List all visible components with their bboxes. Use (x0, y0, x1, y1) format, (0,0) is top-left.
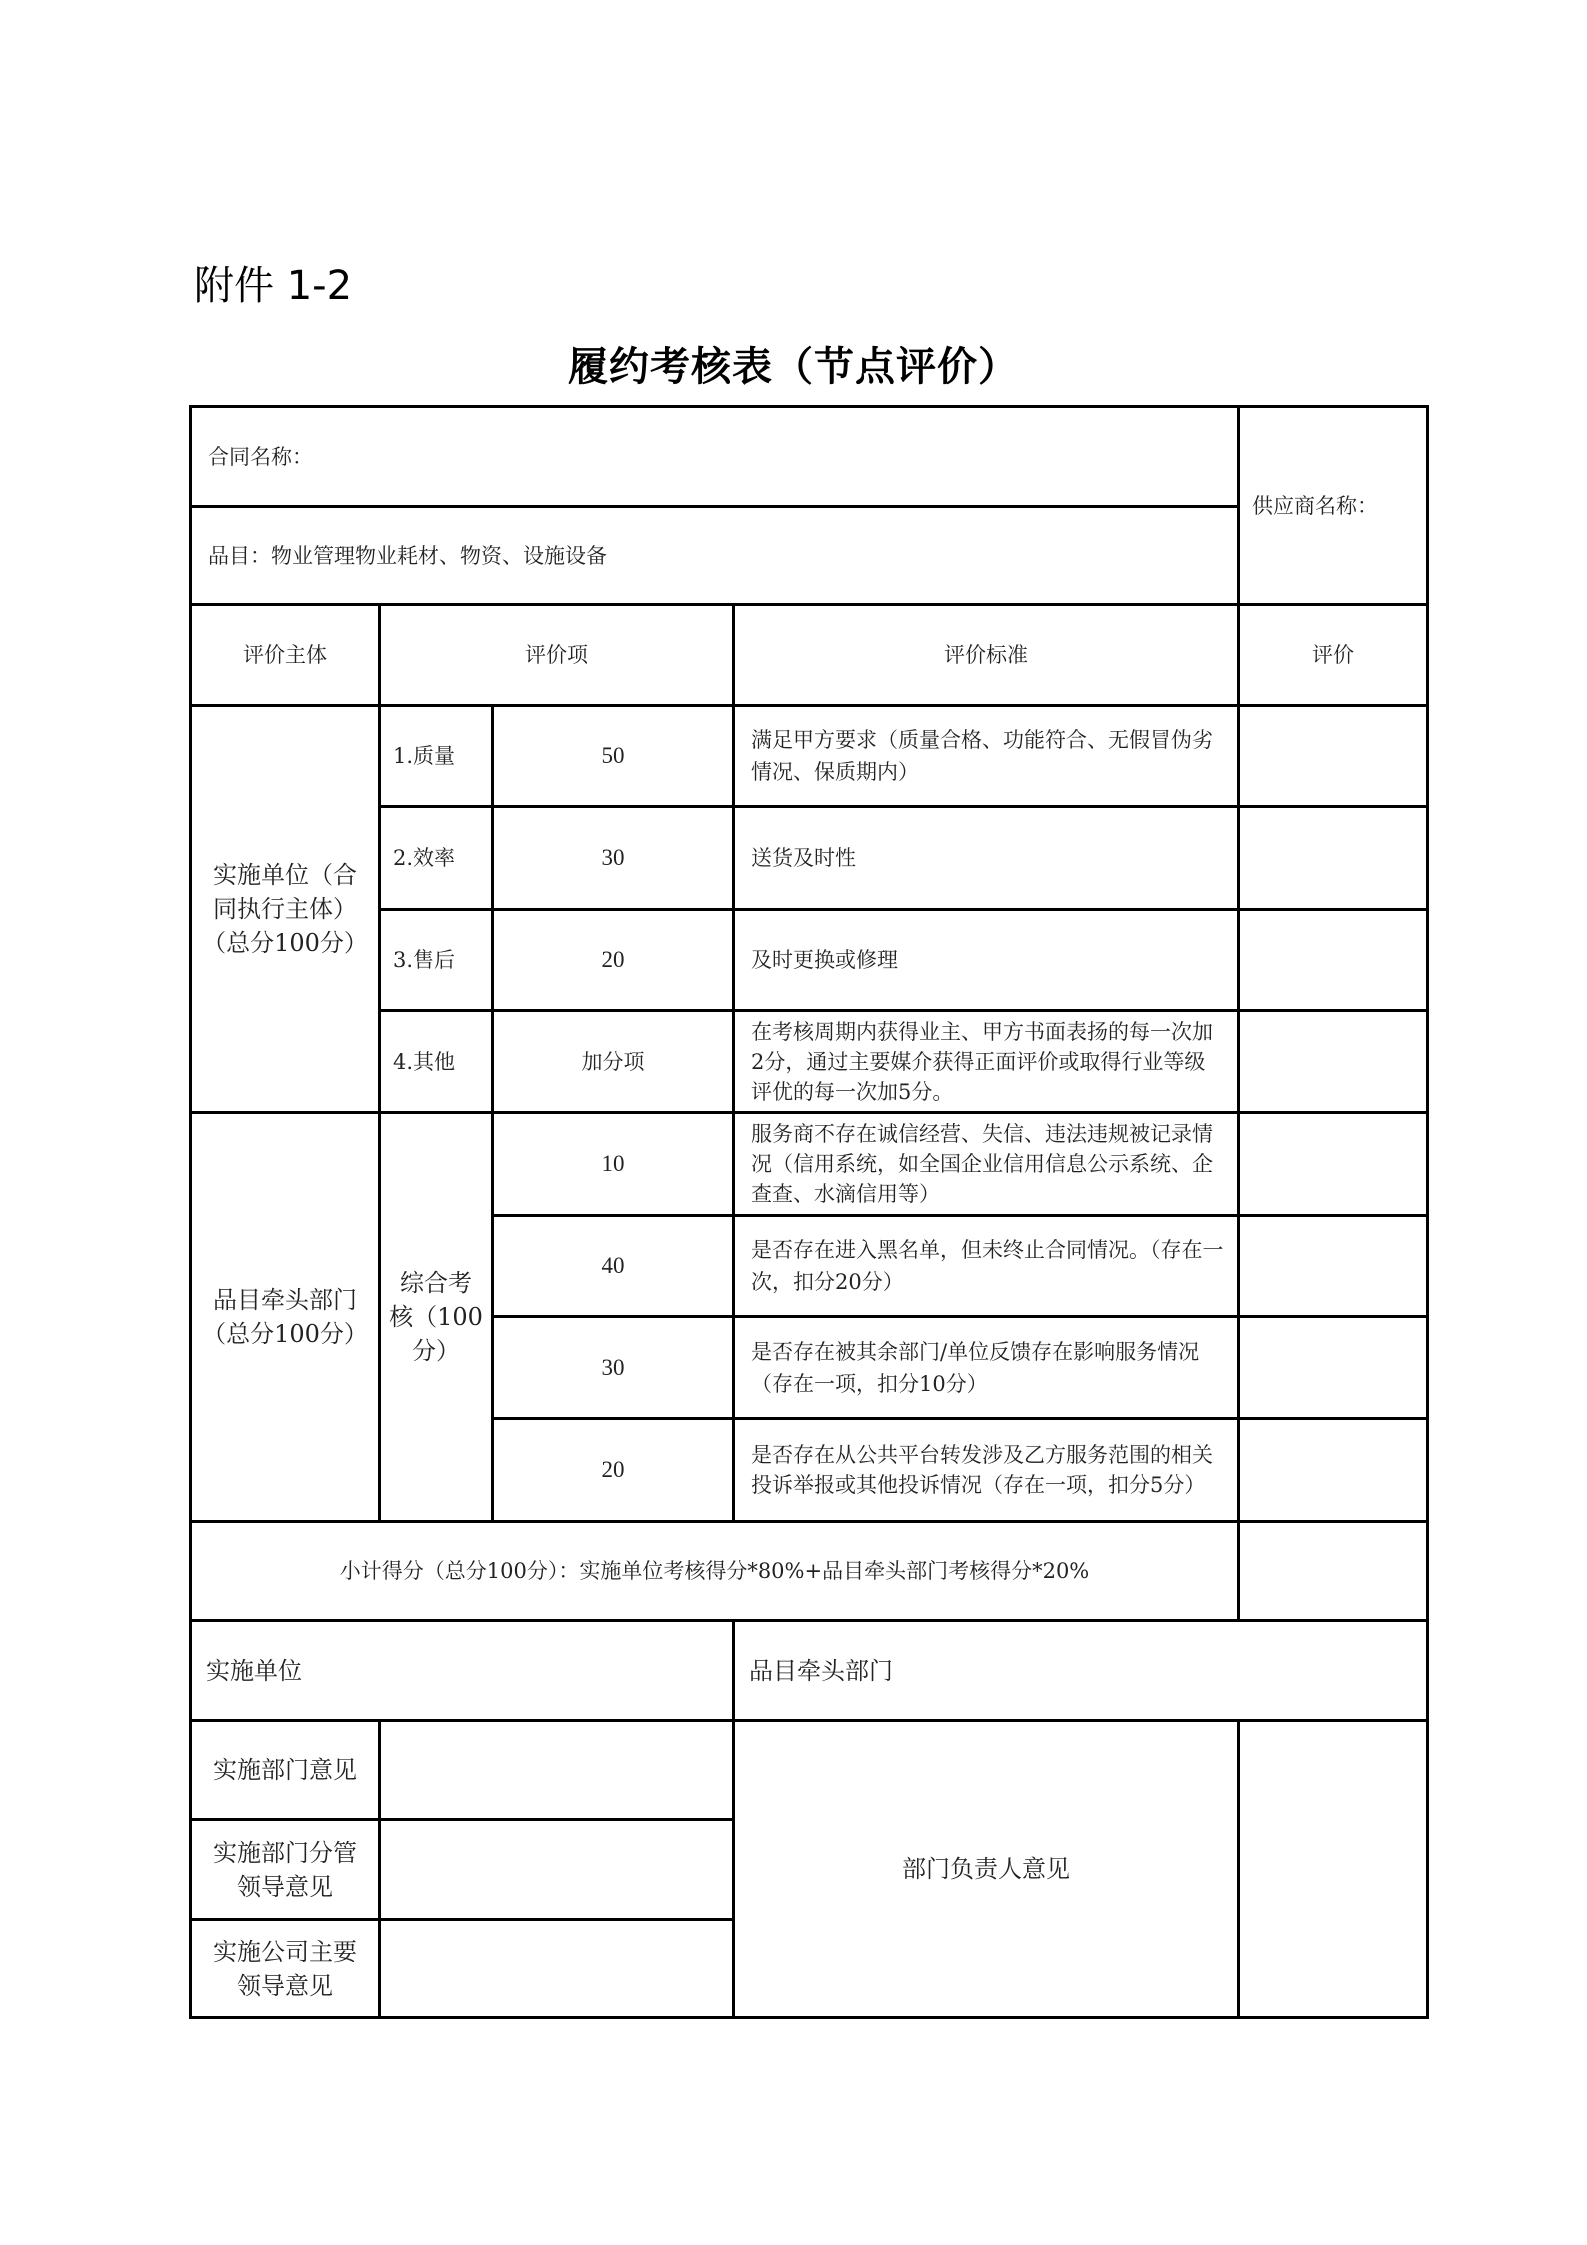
table-row-score: 20 (491, 1417, 735, 1523)
table-row-standard: 服务商不存在诚信经营、失信、违法违规被记录情况（信用系统，如全国企业信用信息公示… (732, 1111, 1240, 1217)
table-row-score: 加分项 (491, 1009, 735, 1114)
column-header-subject: 评价主体 (189, 603, 381, 707)
table-row-standard: 是否存在进入黑名单，但未终止合同情况。（存在一次，扣分20分） (732, 1214, 1240, 1318)
evaluation-input[interactable] (1237, 908, 1429, 1012)
evaluation-input[interactable] (1237, 1111, 1429, 1217)
table-row-standard: 送货及时性 (732, 805, 1240, 911)
evaluation-input[interactable] (1237, 704, 1429, 808)
evaluation-input[interactable] (1237, 1214, 1429, 1318)
table-row-standard: 及时更换或修理 (732, 908, 1240, 1012)
contract-name-field[interactable]: 合同名称： (189, 405, 1240, 508)
annex-label: 附件 1-2 (194, 262, 352, 310)
evaluation-input[interactable] (1237, 1009, 1429, 1114)
signoff-label: 实施公司主要领导意见 (189, 1918, 381, 2019)
table-row-score: 30 (491, 805, 735, 911)
dept-head-opinion-label: 部门负责人意见 (732, 1719, 1240, 2019)
table-row-score: 40 (491, 1214, 735, 1318)
signoff-input[interactable] (378, 1719, 735, 1821)
section-lead-item: 综合考核（100分） (378, 1111, 494, 1523)
column-header-standard: 评价标准 (732, 603, 1240, 707)
section-impl-subject: 实施单位（合同执行主体）（总分100分） (189, 704, 381, 1114)
subtotal-formula: 小计得分（总分100分）：实施单位考核得分*80%+品目牵头部门考核得分*20% (189, 1520, 1240, 1622)
table-row-item: 1.质量 (378, 704, 494, 808)
table-row-item: 4.其他 (378, 1009, 494, 1114)
table-row-item: 3.售后 (378, 908, 494, 1012)
table-row-score: 50 (491, 704, 735, 808)
signoff-label: 实施部门意见 (189, 1719, 381, 1821)
supplier-name-field[interactable]: 供应商名称： (1237, 405, 1429, 606)
table-row-standard: 是否存在从公共平台转发涉及乙方服务范围的相关投诉举报或其他投诉情况（存在一项，扣… (732, 1417, 1240, 1523)
table-row-item: 2.效率 (378, 805, 494, 911)
signoff-lead-dept-header: 品目牵头部门 (732, 1619, 1429, 1722)
table-row-standard: 满足甲方要求（质量合格、功能符合、无假冒伪劣情况、保质期内） (732, 704, 1240, 808)
table-row-score: 10 (491, 1111, 735, 1217)
category-field: 品目：物业管理物业耗材、物资、设施设备 (189, 505, 1240, 606)
page-title: 履约考核表（节点评价） (0, 342, 1587, 392)
signoff-impl-unit-header: 实施单位 (189, 1619, 735, 1722)
column-header-item: 评价项 (378, 603, 735, 707)
table-row-score: 30 (491, 1315, 735, 1420)
signoff-label: 实施部门分管领导意见 (189, 1818, 381, 1921)
table-row-standard: 在考核周期内获得业主、甲方书面表扬的每一次加2分，通过主要媒介获得正面评价或取得… (732, 1009, 1240, 1114)
subtotal-input[interactable] (1237, 1520, 1429, 1622)
table-row-score: 20 (491, 908, 735, 1012)
signoff-input[interactable] (378, 1918, 735, 2019)
supplier-name-label: 供应商名称： (1252, 490, 1378, 522)
category-label: 品目：物业管理物业耗材、物资、设施设备 (208, 540, 607, 572)
evaluation-input[interactable] (1237, 1315, 1429, 1420)
evaluation-input[interactable] (1237, 805, 1429, 911)
table-row-standard: 是否存在被其余部门/单位反馈存在影响服务情况（存在一项，扣分10分） (732, 1315, 1240, 1420)
evaluation-input[interactable] (1237, 1417, 1429, 1523)
signoff-input[interactable] (378, 1818, 735, 1921)
section-lead-subject: 品目牵头部门（总分100分） (189, 1111, 381, 1523)
contract-name-label: 合同名称： (208, 441, 313, 473)
column-header-evaluation: 评价 (1237, 603, 1429, 707)
dept-head-opinion-input[interactable] (1237, 1719, 1429, 2019)
